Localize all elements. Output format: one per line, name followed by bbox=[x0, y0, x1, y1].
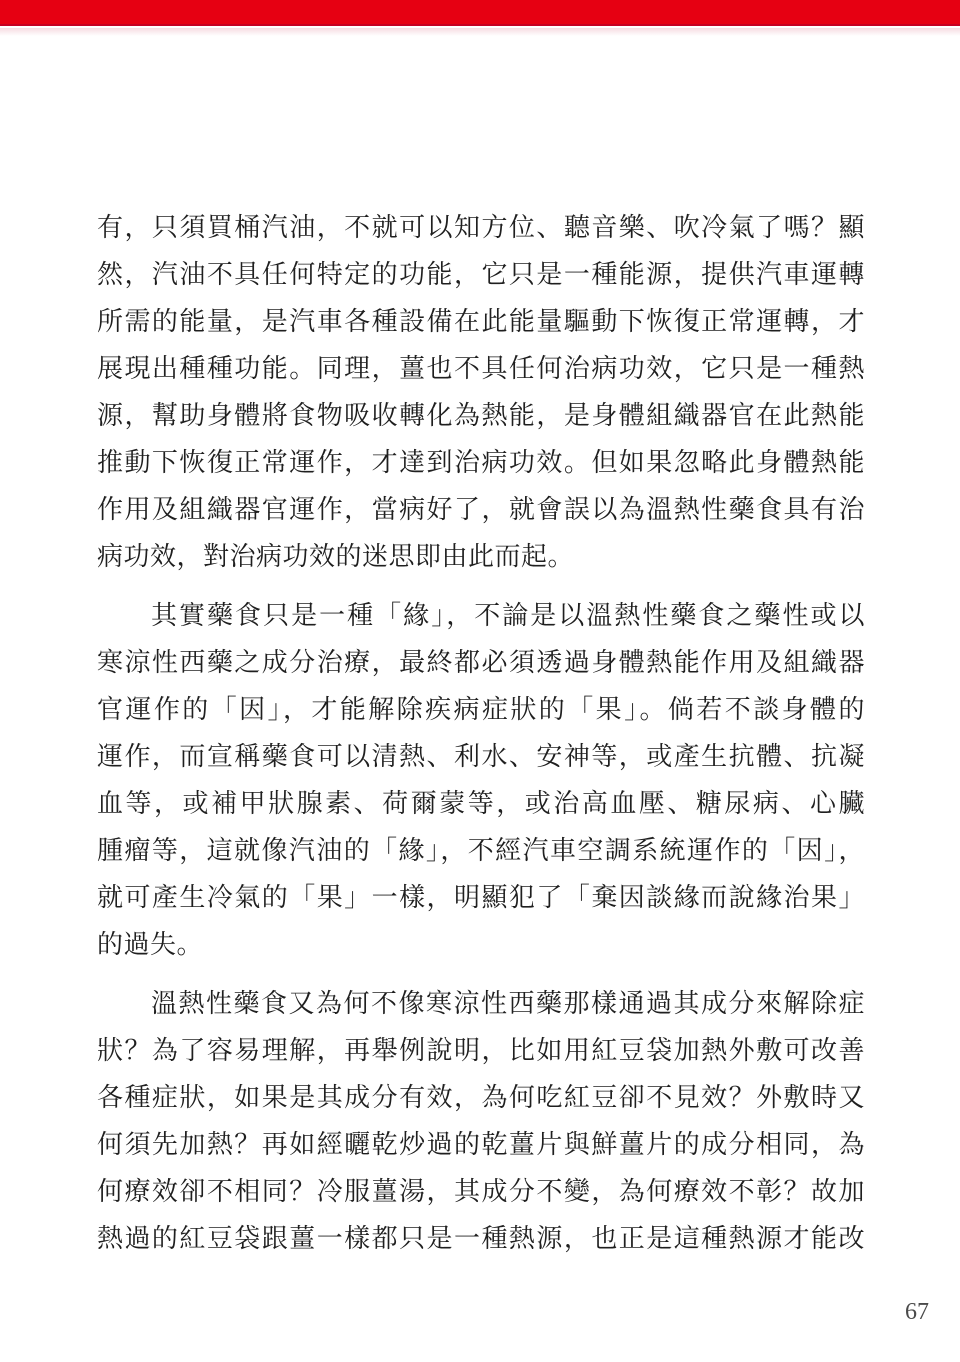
text-line: 源，幫助身體將食物吸收轉化為熱能，是身體組織器官在此熱能 bbox=[97, 392, 865, 439]
text-line: 有，只須買桶汽油，不就可以知方位、聽音樂、吹冷氣了嗎？顯 bbox=[97, 204, 865, 251]
paragraph: 溫熱性藥食又為何不像寒涼性西藥那樣通過其成分來解除症 狀？為了容易理解，再舉例說… bbox=[97, 980, 865, 1262]
text-line: 所需的能量，是汽車各種設備在此能量驅動下恢復正常運轉，才 bbox=[97, 298, 865, 345]
text-line: 溫熱性藥食又為何不像寒涼性西藥那樣通過其成分來解除症 bbox=[97, 980, 865, 1027]
text-line: 官運作的「因」，才能解除疾病症狀的「果」。倘若不談身體的 bbox=[97, 686, 865, 733]
text-line: 腫瘤等，這就像汽油的「緣」，不經汽車空調系統運作的「因」， bbox=[97, 827, 865, 874]
paragraph: 有，只須買桶汽油，不就可以知方位、聽音樂、吹冷氣了嗎？顯 然，汽油不具任何特定的… bbox=[97, 204, 865, 580]
text-line: 狀？為了容易理解，再舉例說明，比如用紅豆袋加熱外敷可改善 bbox=[97, 1027, 865, 1074]
paragraph: 其實藥食只是一種「緣」，不論是以溫熱性藥食之藥性或以 寒涼性西藥之成分治療，最終… bbox=[97, 592, 865, 968]
text-line: 熱過的紅豆袋跟薑一樣都只是一種熱源，也正是這種熱源才能改 bbox=[97, 1215, 865, 1262]
text-line: 其實藥食只是一種「緣」，不論是以溫熱性藥食之藥性或以 bbox=[97, 592, 865, 639]
text-line: 然，汽油不具任何特定的功能，它只是一種能源，提供汽車運轉 bbox=[97, 251, 865, 298]
page-body-text: 有，只須買桶汽油，不就可以知方位、聽音樂、吹冷氣了嗎？顯 然，汽油不具任何特定的… bbox=[97, 204, 865, 1262]
text-line: 病功效，對治病功效的迷思即由此而起。 bbox=[97, 533, 865, 580]
text-line: 寒涼性西藥之成分治療，最終都必須透過身體熱能作用及組織器 bbox=[97, 639, 865, 686]
text-line: 作用及組織器官運作，當病好了，就會誤以為溫熱性藥食具有治 bbox=[97, 486, 865, 533]
text-line: 何須先加熱？再如經曬乾炒過的乾薑片與鮮薑片的成分相同，為 bbox=[97, 1121, 865, 1168]
text-line: 展現出種種功能。同理，薑也不具任何治病功效，它只是一種熱 bbox=[97, 345, 865, 392]
text-line: 各種症狀，如果是其成分有效，為何吃紅豆卻不見效？外敷時又 bbox=[97, 1074, 865, 1121]
text-line: 就可產生冷氣的「果」一樣，明顯犯了「棄因談緣而說緣治果」 bbox=[97, 874, 865, 921]
text-line: 運作，而宣稱藥食可以清熱、利水、安神等，或產生抗體、抗凝 bbox=[97, 733, 865, 780]
text-line: 推動下恢復正常運作，才達到治病功效。但如果忽略此身體熱能 bbox=[97, 439, 865, 486]
text-line: 血等，或補甲狀腺素、荷爾蒙等，或治高血壓、糖尿病、心臟病、 bbox=[97, 780, 865, 827]
page-number: 67 bbox=[905, 1297, 929, 1327]
text-line: 的過失。 bbox=[97, 921, 865, 968]
top-accent-bar bbox=[0, 0, 960, 26]
text-line: 何療效卻不相同？冷服薑湯，其成分不變，為何療效不彰？故加 bbox=[97, 1168, 865, 1215]
